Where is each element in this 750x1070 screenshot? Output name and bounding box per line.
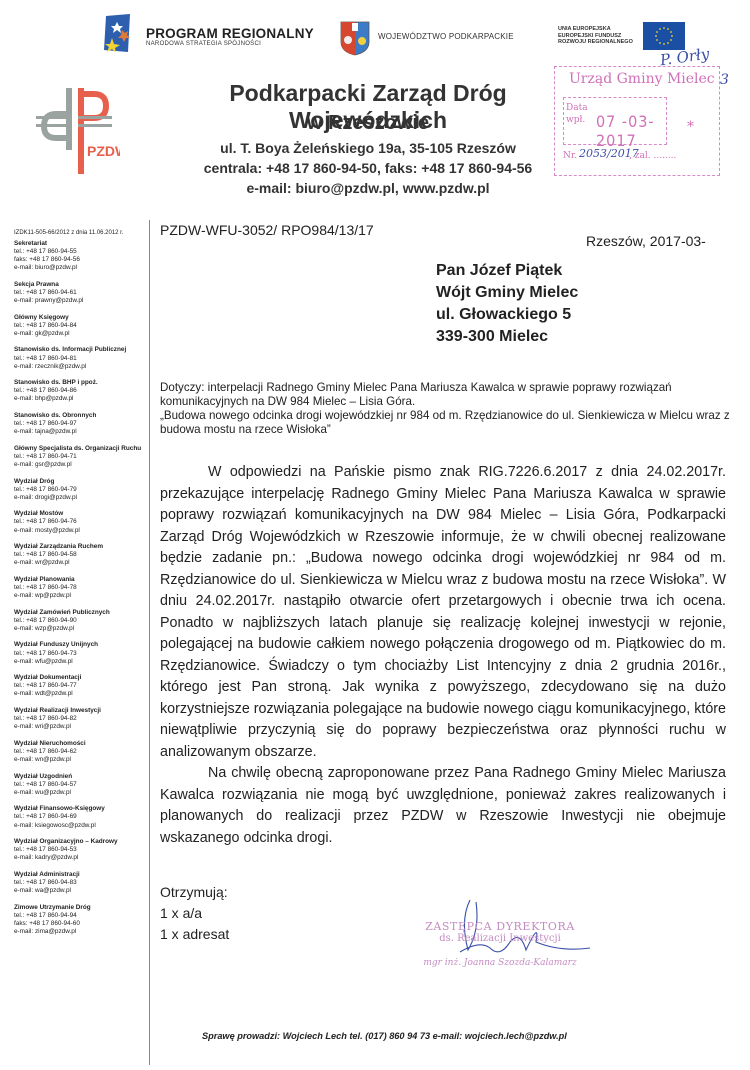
contact-block: Wydział Dokumentacjitel.: +48 17 860-94-… bbox=[14, 674, 149, 698]
program-regionalny-logo-icon bbox=[100, 14, 136, 52]
contact-line: tel.: +48 17 860-94-97 bbox=[14, 420, 149, 428]
contact-line: tel.: +48 17 860-94-73 bbox=[14, 650, 149, 658]
contact-name: Wydział Uzgodnień bbox=[14, 773, 149, 781]
contact-name: Wydział Dróg bbox=[14, 478, 149, 486]
sidebar-divider bbox=[149, 220, 150, 1065]
contact-block: Wydział Drógtel.: +48 17 860-94-79e-mail… bbox=[14, 478, 149, 502]
stamp-date-label: Data wpł. bbox=[566, 102, 588, 126]
contact-sidebar: Sekretariattel.: +48 17 860-94-55faks: +… bbox=[14, 240, 149, 945]
contact-line: tel.: +48 17 860-94-58 bbox=[14, 551, 149, 559]
contact-name: Sekretariat bbox=[14, 240, 149, 248]
contact-name: Wydział Dokumentacji bbox=[14, 674, 149, 682]
contact-line: e-mail: rzecznik@pzdw.pl bbox=[14, 363, 149, 371]
contact-name: Wydział Administracji bbox=[14, 871, 149, 879]
contact-block: Wydział Zamówień Publicznychtel.: +48 17… bbox=[14, 609, 149, 633]
contact-block: Wydział Administracjitel.: +48 17 860-94… bbox=[14, 871, 149, 895]
distribution-item: 1 x adresat bbox=[160, 924, 229, 945]
contact-block: Wydział Zarządzania Ruchemtel.: +48 17 8… bbox=[14, 543, 149, 567]
place-date: Rzeszów, 2017-03- bbox=[586, 233, 706, 249]
voivodeship-label: WOJEWÓDZTWO PODKARPACKIE bbox=[378, 32, 514, 41]
contact-line: tel.: +48 17 860-94-76 bbox=[14, 518, 149, 526]
contact-block: Wydział Organizacyjno – Kadrowytel.: +48… bbox=[14, 838, 149, 862]
contact-block: Wydział Uzgodnieńtel.: +48 17 860-94-57e… bbox=[14, 773, 149, 797]
contact-name: Sekcja Prawna bbox=[14, 281, 149, 289]
recipient-address: Pan Józef Piątek Wójt Gminy Mielec ul. G… bbox=[436, 260, 578, 348]
reference-number: PZDW-WFU-3052/ RPO984/13/17 bbox=[160, 222, 374, 238]
contact-line: tel.: +48 17 860-94-82 bbox=[14, 715, 149, 723]
contact-line: e-mail: ksiegowosc@pzdw.pl bbox=[14, 822, 149, 830]
contact-line: e-mail: wfu@pzdw.pl bbox=[14, 658, 149, 666]
contact-line: tel.: +48 17 860-94-71 bbox=[14, 453, 149, 461]
voivodeship-crest-icon bbox=[340, 20, 370, 56]
contact-name: Główny Specjalista ds. Organizacji Ruchu bbox=[14, 445, 149, 453]
contact-line: tel.: +48 17 860-94-69 bbox=[14, 813, 149, 821]
contact-block: Sekcja Prawnatel.: +48 17 860-94-61e-mai… bbox=[14, 281, 149, 305]
contact-line: tel.: +48 17 860-94-90 bbox=[14, 617, 149, 625]
subject-line: Dotyczy: interpelacji Radnego Gminy Miel… bbox=[160, 381, 735, 409]
recipient-title: Wójt Gminy Mielec bbox=[436, 282, 578, 304]
contact-line: e-mail: biuro@pzdw.pl bbox=[14, 264, 149, 272]
contact-line: e-mail: wp@pzdw.pl bbox=[14, 592, 149, 600]
contact-line: tel.: +48 17 860-94-81 bbox=[14, 355, 149, 363]
contact-name: Wydział Nieruchomości bbox=[14, 740, 149, 748]
contact-line: e-mail: zima@pzdw.pl bbox=[14, 928, 149, 936]
contact-line: e-mail: mosty@pzdw.pl bbox=[14, 527, 149, 535]
subject: Dotyczy: interpelacji Radnego Gminy Miel… bbox=[160, 381, 735, 437]
org-address: ul. T. Boya Żeleńskiego 19a, 35-105 Rzes… bbox=[148, 140, 588, 156]
stamp-nr-value: 2053/2017 bbox=[579, 147, 639, 160]
registration-stamp: Urząd Gminy Mielec Data wpł. 07 -03- 201… bbox=[554, 66, 720, 176]
distribution-list: Otrzymują: 1 x a/a 1 x adresat bbox=[160, 882, 229, 945]
contact-line: e-mail: drogi@pzdw.pl bbox=[14, 494, 149, 502]
contact-name: Stanowisko ds. Obronnych bbox=[14, 412, 149, 420]
contact-line: e-mail: wa@pzdw.pl bbox=[14, 887, 149, 895]
signature-dept: ds. Realizacji Inwestycji bbox=[410, 933, 590, 944]
contact-name: Wydział Funduszy Unijnych bbox=[14, 641, 149, 649]
pzdw-logo-icon: PZDW bbox=[30, 86, 120, 176]
contact-line: e-mail: wr@pzdw.pl bbox=[14, 559, 149, 567]
contact-block: Główny Księgowytel.: +48 17 860-94-84e-m… bbox=[14, 314, 149, 338]
contact-block: Główny Specjalista ds. Organizacji Ruchu… bbox=[14, 445, 149, 469]
eu-line-3: ROZWOJU REGIONALNEGO bbox=[558, 39, 633, 46]
contact-line: e-mail: wu@pzdw.pl bbox=[14, 789, 149, 797]
contact-line: tel.: +48 17 860-94-55 bbox=[14, 248, 149, 256]
contact-block: Wydział Finansowo-Księgowytel.: +48 17 8… bbox=[14, 805, 149, 829]
contact-block: Wydział Planowaniatel.: +48 17 860-94-78… bbox=[14, 576, 149, 600]
contact-line: tel.: +48 17 860-94-57 bbox=[14, 781, 149, 789]
contact-line: e-mail: gk@pzdw.pl bbox=[14, 330, 149, 338]
contact-name: Stanowisko ds. Informacji Publicznej bbox=[14, 346, 149, 354]
program-regionalny-title: PROGRAM REGIONALNY bbox=[146, 26, 314, 41]
contact-line: e-mail: kadry@pzdw.pl bbox=[14, 854, 149, 862]
contact-name: Wydział Zarządzania Ruchem bbox=[14, 543, 149, 551]
contact-line: tel.: +48 17 860-94-83 bbox=[14, 879, 149, 887]
contact-line: tel.: +48 17 860-94-62 bbox=[14, 748, 149, 756]
signature-name: mgr inż. Joanna Szozda-Kalamarz bbox=[410, 958, 590, 968]
eu-flag-icon bbox=[643, 22, 685, 50]
contact-line: tel.: +48 17 860-94-61 bbox=[14, 289, 149, 297]
eu-fund-label: UNIA EUROPEJSKA EUROPEJSKI FUNDUSZ ROZWO… bbox=[558, 26, 633, 46]
contact-block: Stanowisko ds. BHP i ppoż.tel.: +48 17 8… bbox=[14, 379, 149, 403]
contact-name: Wydział Realizacji Inwestycji bbox=[14, 707, 149, 715]
contact-line: faks: +48 17 860-94-60 bbox=[14, 920, 149, 928]
contact-block: Stanowisko ds. Informacji Publicznejtel.… bbox=[14, 346, 149, 370]
org-email: e-mail: biuro@pzdw.pl, www.pzdw.pl bbox=[148, 180, 588, 196]
contact-name: Wydział Organizacyjno – Kadrowy bbox=[14, 838, 149, 846]
contact-line: tel.: +48 17 860-94-84 bbox=[14, 322, 149, 330]
contact-line: tel.: +48 17 860-94-78 bbox=[14, 584, 149, 592]
letter-body: W odpowiedzi na Pańskie pismo znak RIG.7… bbox=[160, 462, 726, 849]
distribution-item: 1 x a/a bbox=[160, 903, 229, 924]
contact-line: e-mail: tajna@pzdw.pl bbox=[14, 428, 149, 436]
contact-block: Wydział Nieruchomościtel.: +48 17 860-94… bbox=[14, 740, 149, 764]
contact-line: e-mail: gsr@pzdw.pl bbox=[14, 461, 149, 469]
contact-line: tel.: +48 17 860-94-94 bbox=[14, 912, 149, 920]
program-regionalny-subtitle: NARODOWA STRATEGIA SPÓJNOŚCI bbox=[146, 41, 261, 47]
certificate-ref: IZDK11-505-66/2012 z dnia 11.06.2012 r. bbox=[14, 230, 124, 236]
contact-line: tel.: +48 17 860-94-79 bbox=[14, 486, 149, 494]
stamp-nr-prefix: Nr. bbox=[563, 151, 577, 161]
contact-line: e-mail: prawny@pzdw.pl bbox=[14, 297, 149, 305]
stamp-title: Urząd Gminy Mielec bbox=[569, 71, 715, 87]
contact-name: Wydział Planowania bbox=[14, 576, 149, 584]
body-paragraph: Na chwilę obecną zaproponowane przez Pan… bbox=[160, 763, 726, 849]
contact-name: Główny Księgowy bbox=[14, 314, 149, 322]
contact-line: faks: +48 17 860-94-56 bbox=[14, 256, 149, 264]
contact-line: tel.: +48 17 860-94-86 bbox=[14, 387, 149, 395]
stamp-date: 07 -03- 2017 bbox=[596, 112, 666, 150]
contact-line: e-mail: wzp@pzdw.pl bbox=[14, 625, 149, 633]
svg-text:PZDW: PZDW bbox=[87, 143, 120, 159]
subject-project: „Budowa nowego odcinka drogi wojewódzkie… bbox=[160, 409, 735, 437]
stamp-star: * bbox=[687, 119, 694, 135]
contact-line: e-mail: wdt@pzdw.pl bbox=[14, 690, 149, 698]
case-handler-footer: Sprawę prowadzi: Wojciech Lech tel. (017… bbox=[202, 1031, 567, 1041]
contact-line: e-mail: wri@pzdw.pl bbox=[14, 723, 149, 731]
contact-block: Wydział Realizacji Inwestycjitel.: +48 1… bbox=[14, 707, 149, 731]
contact-name: Wydział Finansowo-Księgowy bbox=[14, 805, 149, 813]
org-phones: centrala: +48 17 860-94-50, faks: +48 17… bbox=[148, 160, 588, 176]
signature-title: ZASTĘPCA DYREKTORA bbox=[410, 920, 590, 933]
recipient-street: ul. Głowackiego 5 bbox=[436, 304, 578, 326]
contact-block: Stanowisko ds. Obronnychtel.: +48 17 860… bbox=[14, 412, 149, 436]
contact-block: Wydział Funduszy Unijnychtel.: +48 17 86… bbox=[14, 641, 149, 665]
handwritten-number: 3 bbox=[720, 72, 729, 88]
org-city: w Rzeszowie bbox=[148, 112, 588, 135]
contact-name: Wydział Mostów bbox=[14, 510, 149, 518]
contact-name: Wydział Zamówień Publicznych bbox=[14, 609, 149, 617]
contact-line: e-mail: wn@pzdw.pl bbox=[14, 756, 149, 764]
contact-block: Wydział Mostówtel.: +48 17 860-94-76e-ma… bbox=[14, 510, 149, 534]
distribution-label: Otrzymują: bbox=[160, 882, 229, 903]
contact-name: Stanowisko ds. BHP i ppoż. bbox=[14, 379, 149, 387]
recipient-city: 339-300 Mielec bbox=[436, 326, 578, 348]
contact-block: Zimowe Utrzymanie Drógtel.: +48 17 860-9… bbox=[14, 904, 149, 936]
body-paragraph: W odpowiedzi na Pańskie pismo znak RIG.7… bbox=[160, 462, 726, 763]
contact-line: tel.: +48 17 860-94-53 bbox=[14, 846, 149, 854]
signature-block: ZASTĘPCA DYREKTORA ds. Realizacji Inwest… bbox=[410, 920, 590, 968]
contact-line: e-mail: bhp@pzdw.pl bbox=[14, 395, 149, 403]
contact-name: Zimowe Utrzymanie Dróg bbox=[14, 904, 149, 912]
stamp-date-box: Data wpł. 07 -03- 2017 bbox=[563, 97, 667, 145]
contact-block: Sekretariattel.: +48 17 860-94-55faks: +… bbox=[14, 240, 149, 272]
recipient-name: Pan Józef Piątek bbox=[436, 260, 578, 282]
contact-line: tel.: +48 17 860-94-77 bbox=[14, 682, 149, 690]
